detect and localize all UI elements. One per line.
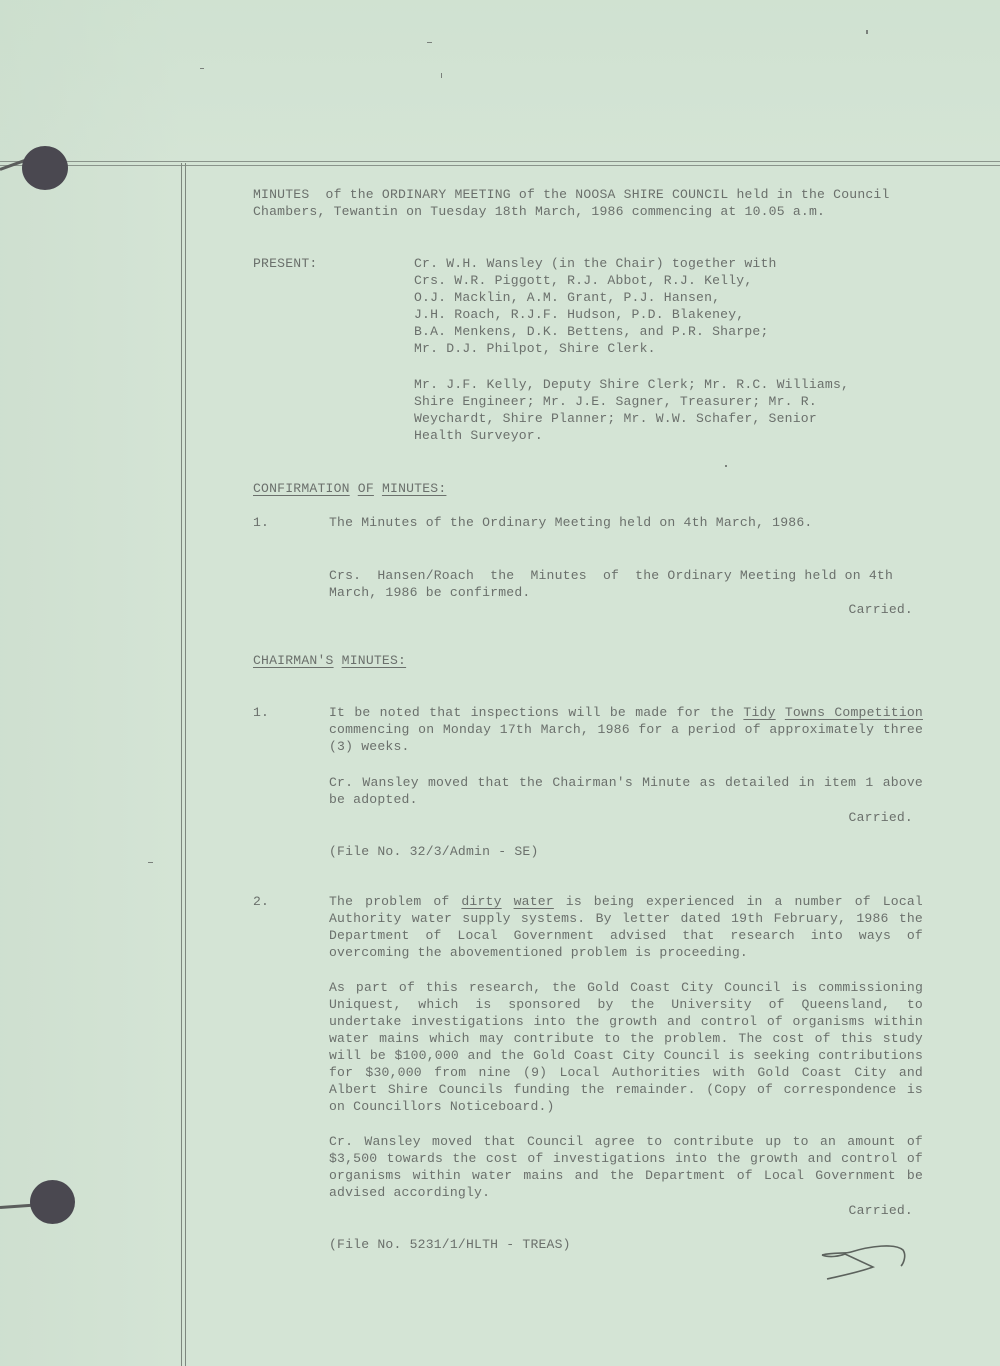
- confirmation-outcome: Carried.: [700, 601, 913, 618]
- horizontal-double-rule: [0, 161, 1000, 166]
- text-segment: It be noted that inspections will be mad…: [329, 705, 743, 720]
- text-segment: The problem of: [329, 894, 461, 909]
- present-officers: Mr. J.F. Kelly, Deputy Shire Clerk; Mr. …: [414, 376, 849, 444]
- heading-word: OF: [358, 481, 374, 496]
- confirmation-heading: CONFIRMATION OF MINUTES:: [253, 480, 446, 497]
- item-2-text: The problem of dirty water is being expe…: [329, 893, 923, 961]
- underlined-text: Towns Competition: [785, 705, 923, 720]
- confirmation-item-number: 1.: [253, 514, 269, 531]
- confirmation-resolution-2: March, 1986 be confirmed.: [329, 584, 530, 601]
- signature-mark: [815, 1240, 915, 1290]
- officer-line: Health Surveyor.: [414, 427, 849, 444]
- heading-word: MINUTES:: [382, 481, 446, 496]
- item-2-number: 2.: [253, 893, 269, 910]
- text-segment: commencing on Monday 17th March, 1986 fo…: [329, 722, 923, 754]
- heading-word: CONFIRMATION: [253, 481, 350, 496]
- text-segment: [502, 894, 514, 909]
- present-label: PRESENT:: [253, 255, 317, 272]
- present-line: Cr. W.H. Wansley (in the Chair) together…: [414, 255, 777, 272]
- underlined-text: dirty: [461, 894, 501, 909]
- confirmation-resolution-1: Crs. Hansen/Roach the Minutes of the Ord…: [329, 567, 893, 584]
- speck: [427, 42, 432, 43]
- item-1-number: 1.: [253, 704, 269, 721]
- item-1-motion: Cr. Wansley moved that the Chairman's Mi…: [329, 774, 923, 808]
- officer-line: Mr. J.F. Kelly, Deputy Shire Clerk; Mr. …: [414, 376, 849, 393]
- chairmans-minutes-heading: CHAIRMAN'S MINUTES:: [253, 652, 406, 669]
- vertical-double-rule: [181, 163, 186, 1366]
- present-line: B.A. Menkens, D.K. Bettens, and P.R. Sha…: [414, 323, 777, 340]
- item-2-paragraph-2: As part of this research, the Gold Coast…: [329, 979, 923, 1115]
- present-councillors: Cr. W.H. Wansley (in the Chair) together…: [414, 255, 777, 357]
- speck: [441, 73, 442, 78]
- confirmation-item-text: The Minutes of the Ordinary Meeting held…: [329, 514, 812, 531]
- item-2-outcome: Carried.: [700, 1202, 913, 1219]
- present-line: Crs. W.R. Piggott, R.J. Abbot, R.J. Kell…: [414, 272, 777, 289]
- speck: [200, 68, 204, 69]
- text-segment: [776, 705, 785, 720]
- speck: [866, 30, 868, 34]
- header-line-1: MINUTES of the ORDINARY MEETING of the N…: [253, 186, 890, 203]
- underlined-text: Tidy: [743, 705, 775, 720]
- heading-word: MINUTES:: [342, 653, 406, 668]
- present-line: Mr. D.J. Philpot, Shire Clerk.: [414, 340, 777, 357]
- item-1-text: It be noted that inspections will be mad…: [329, 704, 923, 755]
- underlined-text: water: [514, 894, 554, 909]
- header-line-2: Chambers, Tewantin on Tuesday 18th March…: [253, 203, 825, 220]
- present-line: O.J. Macklin, A.M. Grant, P.J. Hansen,: [414, 289, 777, 306]
- item-1-outcome: Carried.: [700, 809, 913, 826]
- item-2-motion: Cr. Wansley moved that Council agree to …: [329, 1133, 923, 1201]
- officer-line: Weychardt, Shire Planner; Mr. W.W. Schaf…: [414, 410, 849, 427]
- present-line: J.H. Roach, R.J.F. Hudson, P.D. Blakeney…: [414, 306, 777, 323]
- item-1-file-ref: (File No. 32/3/Admin - SE): [329, 843, 539, 860]
- speck: [148, 862, 153, 863]
- heading-word: CHAIRMAN'S: [253, 653, 334, 668]
- item-2-file-ref: (File No. 5231/1/HLTH - TREAS): [329, 1236, 571, 1253]
- punch-hole-top: [22, 146, 68, 190]
- speck: [725, 465, 727, 467]
- punch-hole-bottom: [30, 1180, 75, 1224]
- officer-line: Shire Engineer; Mr. J.E. Sagner, Treasur…: [414, 393, 849, 410]
